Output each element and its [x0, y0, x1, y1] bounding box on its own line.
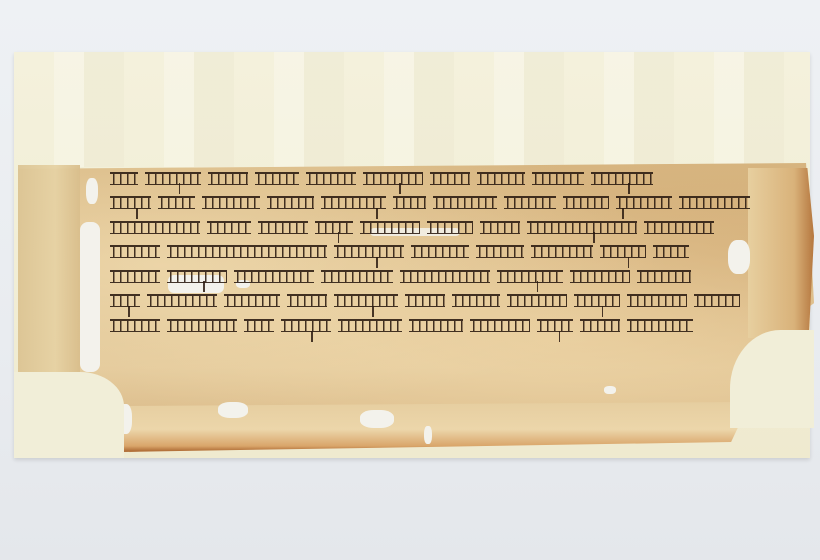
script-word	[504, 196, 556, 209]
script-word	[532, 172, 584, 185]
script-word	[563, 196, 610, 209]
loss-hole	[360, 410, 394, 428]
script-word	[644, 221, 714, 234]
parchment-right-flap	[748, 168, 814, 338]
script-word	[258, 221, 308, 234]
script-word	[627, 319, 693, 332]
script-word	[110, 294, 140, 307]
script-word	[334, 294, 398, 307]
script-line-6	[110, 291, 750, 311]
script-word	[694, 294, 740, 307]
script-word	[363, 172, 423, 185]
script-line-3	[110, 217, 750, 237]
script-word	[433, 196, 496, 209]
letter-descender	[311, 331, 313, 342]
script-word	[527, 221, 637, 234]
script-word	[110, 196, 151, 209]
script-word	[427, 221, 473, 234]
script-word	[570, 270, 630, 283]
script-word	[167, 270, 227, 283]
script-word	[224, 294, 280, 307]
script-word	[110, 172, 138, 185]
script-line-1	[110, 168, 750, 188]
script-word	[315, 221, 353, 234]
script-word	[507, 294, 567, 307]
script-word	[393, 196, 427, 209]
loss-hole	[218, 402, 248, 418]
loss-hole	[80, 222, 100, 372]
loss-hole	[14, 372, 124, 458]
script-word	[480, 221, 520, 234]
letter-descender	[559, 331, 561, 342]
manuscript-text-block	[110, 168, 750, 340]
script-line-7	[110, 316, 750, 336]
script-word	[110, 221, 200, 234]
script-word	[400, 270, 490, 283]
script-word	[167, 245, 327, 258]
script-word	[208, 172, 248, 185]
script-word	[574, 294, 620, 307]
script-word	[267, 196, 314, 209]
script-word	[616, 196, 672, 209]
script-word	[470, 319, 530, 332]
script-word	[145, 172, 201, 185]
script-word	[202, 196, 260, 209]
script-word	[537, 319, 573, 332]
script-word	[306, 172, 356, 185]
script-word	[430, 172, 470, 185]
script-word	[591, 172, 653, 185]
script-word	[409, 319, 463, 332]
loss-hole	[424, 426, 432, 444]
script-word	[531, 245, 593, 258]
script-word	[147, 294, 217, 307]
script-word	[627, 294, 687, 307]
script-word	[255, 172, 299, 185]
script-word	[477, 172, 525, 185]
script-word	[637, 270, 691, 283]
mount-paper-texture	[14, 52, 810, 167]
script-line-4	[110, 242, 750, 262]
script-word	[452, 294, 500, 307]
script-word	[334, 245, 404, 258]
script-word	[110, 270, 160, 283]
script-word	[600, 245, 646, 258]
script-word	[476, 245, 524, 258]
script-line-5	[110, 266, 750, 286]
script-word	[234, 270, 314, 283]
script-word	[207, 221, 251, 234]
script-word	[679, 196, 750, 209]
script-word	[411, 245, 469, 258]
script-word	[110, 245, 160, 258]
loss-hole	[86, 178, 98, 204]
script-word	[321, 270, 393, 283]
script-word	[360, 221, 420, 234]
script-word	[405, 294, 445, 307]
script-word	[287, 294, 327, 307]
parchment-left-margin	[18, 165, 80, 380]
script-word	[110, 319, 160, 332]
script-word	[497, 270, 563, 283]
script-line-2	[110, 193, 750, 213]
script-word	[244, 319, 274, 332]
script-word	[653, 245, 689, 258]
script-word	[158, 196, 195, 209]
script-word	[167, 319, 237, 332]
script-word	[281, 319, 331, 332]
loss-hole	[604, 386, 616, 394]
script-word	[338, 319, 402, 332]
script-word	[580, 319, 620, 332]
